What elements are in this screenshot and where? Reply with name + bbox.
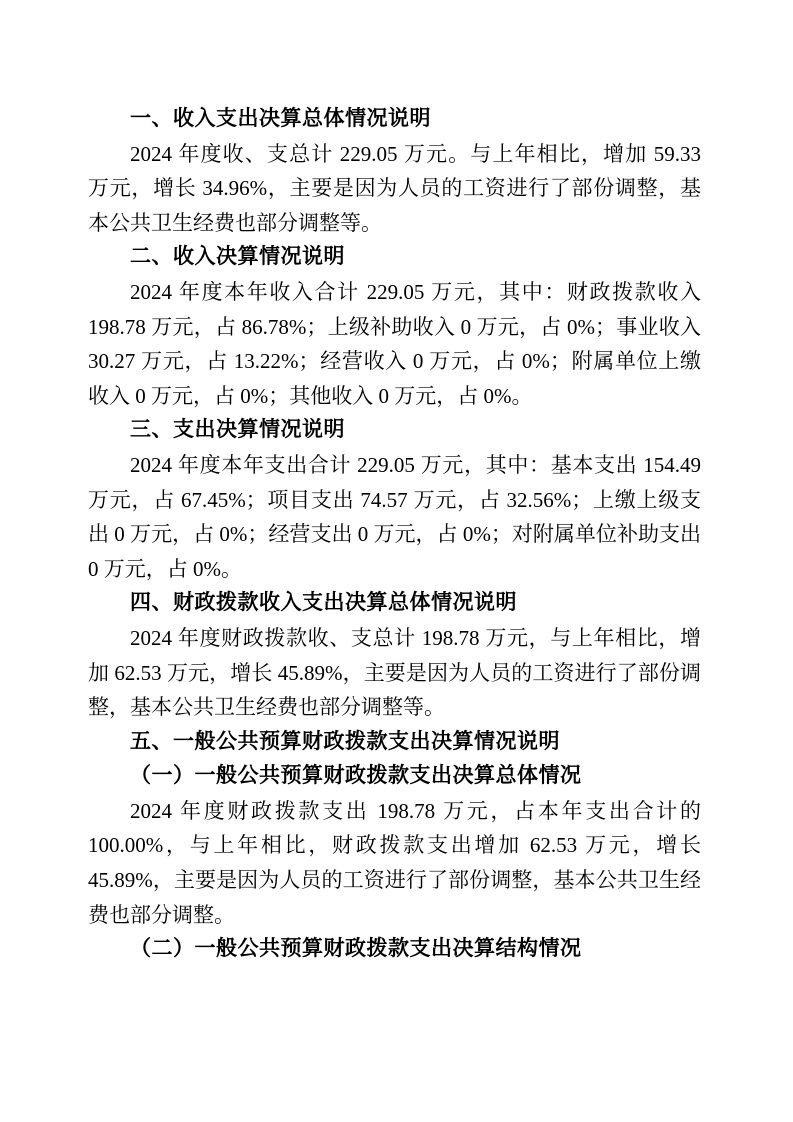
section-heading: 四、财政拨款收入支出决算总体情况说明 bbox=[88, 586, 701, 621]
section-heading: 一、收入支出决算总体情况说明 bbox=[88, 102, 701, 137]
paragraph: 2024 年度本年支出合计 229.05 万元，其中：基本支出 154.49 万… bbox=[88, 448, 701, 586]
section-heading: （二）一般公共预算财政拨款支出决算结构情况 bbox=[88, 932, 701, 967]
paragraph: 2024 年度收、支总计 229.05 万元。与上年相比，增加 59.33 万元… bbox=[88, 137, 701, 241]
paragraph: 2024 年度财政拨款收、支总计 198.78 万元，与上年相比，增加 62.5… bbox=[88, 621, 701, 725]
section-heading: 五、一般公共预算财政拨款支出决算情况说明 bbox=[88, 725, 701, 760]
section-heading: 二、收入决算情况说明 bbox=[88, 240, 701, 275]
paragraph: 2024 年度财政拨款支出 198.78 万元，占本年支出合计的 100.00%… bbox=[88, 794, 701, 932]
paragraph: 2024 年度本年收入合计 229.05 万元，其中：财政拨款收入 198.78… bbox=[88, 275, 701, 413]
document-body: 一、收入支出决算总体情况说明2024 年度收、支总计 229.05 万元。与上年… bbox=[88, 102, 701, 967]
document-page: 一、收入支出决算总体情况说明2024 年度收、支总计 229.05 万元。与上年… bbox=[0, 0, 793, 1122]
section-heading: 三、支出决算情况说明 bbox=[88, 413, 701, 448]
section-heading: （一）一般公共预算财政拨款支出决算总体情况 bbox=[88, 759, 701, 794]
